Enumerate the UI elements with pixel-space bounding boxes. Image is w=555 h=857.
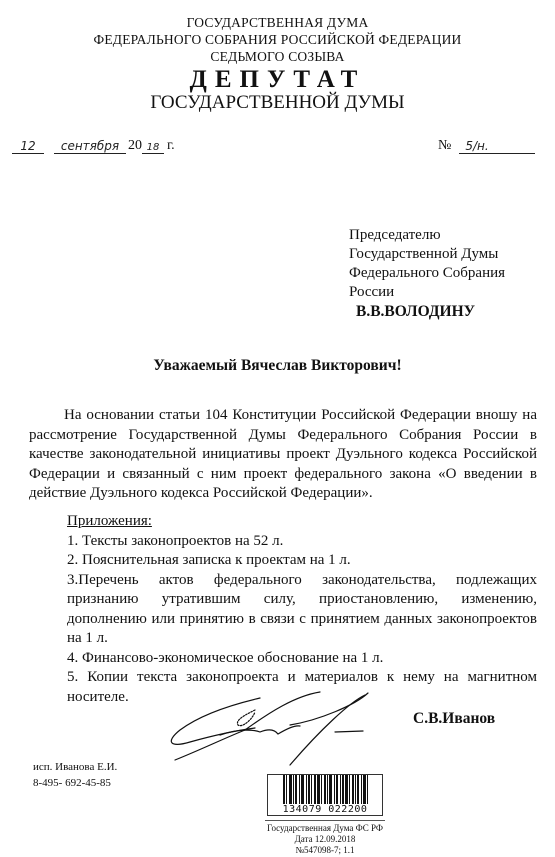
document-date: 12 сентября 20 18 г. — [12, 138, 175, 154]
document-number: № 5/н. — [438, 138, 535, 154]
attachments-heading: Приложения: — [67, 512, 537, 532]
barcode-number: 134079 022200 — [267, 804, 383, 816]
body-paragraph: На основании статьи 104 Конституции Росс… — [29, 406, 537, 504]
attachments-list: Приложения: 1. Тексты законопроектов на … — [67, 512, 537, 707]
letterhead-line-1: ГОСУДАРСТВЕННАЯ ДУМА — [0, 14, 555, 31]
attachment-item: 3.Перечень актов федерального законодате… — [67, 571, 537, 649]
addressee-line-1: Председателю — [349, 226, 505, 245]
signer-name: С.В.Иванов — [413, 710, 495, 728]
attachment-item: 4. Финансово-экономическое обоснование н… — [67, 649, 537, 669]
addressee-block: Председателю Государственной Думы Федера… — [349, 226, 505, 302]
date-year-suffix: 18 — [142, 142, 164, 154]
handwritten-signature-icon — [160, 690, 370, 770]
executor-block: исп. Иванова Е.И. 8-495- 692-45-85 — [33, 759, 117, 791]
date-month: сентября — [54, 139, 126, 154]
executor-name: исп. Иванова Е.И. — [33, 759, 117, 775]
barcode-icon — [267, 774, 383, 804]
letterhead-line-2: ФЕДЕРАЛЬНОГО СОБРАНИЯ РОССИЙСКОЙ ФЕДЕРАЦ… — [0, 31, 555, 48]
attachment-item: 1. Тексты законопроектов на 52 л. — [67, 532, 537, 552]
attachment-item: 2. Пояснительная записка к проектам на 1… — [67, 551, 537, 571]
stamp-text: Государственная Дума ФС РФ Дата 12.09.20… — [265, 820, 385, 856]
date-day: 12 — [12, 139, 44, 154]
number-value: 5/н. — [459, 139, 535, 154]
addressee-line-3: Федерального Собрания — [349, 264, 505, 283]
stamp-date: Дата 12.09.2018 — [265, 834, 385, 845]
letterhead: ГОСУДАРСТВЕННАЯ ДУМА ФЕДЕРАЛЬНОГО СОБРАН… — [0, 14, 555, 65]
greeting: Уважаемый Вячеслав Викторович! — [0, 357, 555, 375]
letterhead-title: ДЕПУТАТ — [0, 66, 555, 94]
addressee-line-4: России — [349, 283, 505, 302]
number-label: № — [438, 138, 451, 154]
registration-stamp: 134079 022200 Государственная Дума ФС РФ… — [265, 774, 385, 856]
executor-phone: 8-495- 692-45-85 — [33, 775, 117, 791]
addressee-name: В.В.ВОЛОДИНУ — [356, 303, 475, 321]
date-suffix: г. — [167, 138, 175, 154]
stamp-reg-number: №547098-7; 1.1 — [265, 845, 385, 856]
letterhead-line-3: СЕДЬМОГО СОЗЫВА — [0, 48, 555, 65]
addressee-line-2: Государственной Думы — [349, 245, 505, 264]
date-year-prefix: 20 — [128, 138, 142, 154]
letterhead-subtitle: ГОСУДАРСТВЕННОЙ ДУМЫ — [0, 92, 555, 114]
stamp-org: Государственная Дума ФС РФ — [265, 823, 385, 834]
